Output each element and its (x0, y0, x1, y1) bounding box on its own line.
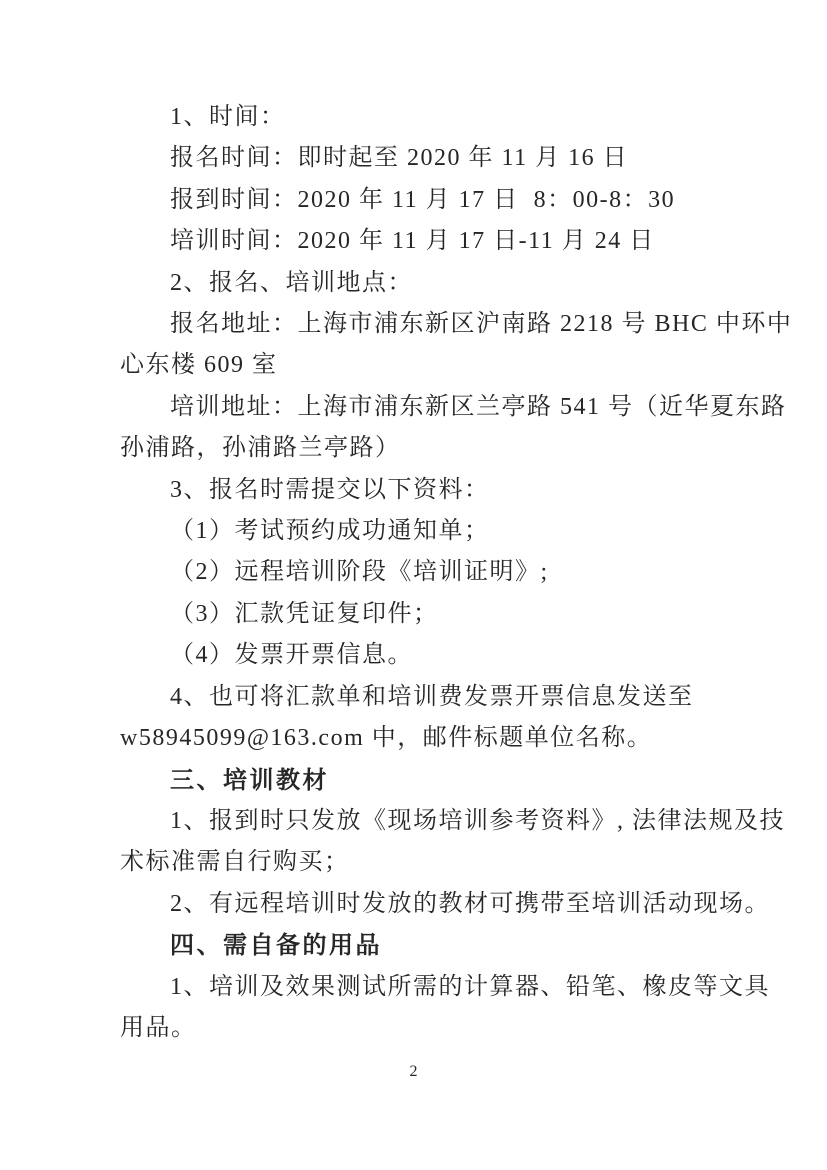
text-line: （2）远程培训阶段《培训证明》; (120, 552, 760, 593)
text-line: 心东楼 609 室 (120, 345, 760, 386)
text-line: 1、时间： (120, 97, 760, 138)
text-line: （4）发票开票信息。 (120, 635, 760, 676)
document-page: 1、时间：报名时间：即时起至 2020 年 11 月 16 日报到时间：2020… (0, 0, 827, 1170)
text-line: 报名地址：上海市浦东新区沪南路 2218 号 BHC 中环中 (120, 304, 760, 345)
text-line: 3、报名时需提交以下资料： (120, 470, 760, 511)
text-line: 报名时间：即时起至 2020 年 11 月 16 日 (120, 138, 760, 179)
text-line: w58945099@163.com 中，邮件标题单位名称。 (120, 718, 760, 759)
text-line: 培训时间：2020 年 11 月 17 日-11 月 24 日 (120, 221, 760, 262)
text-line: 孙浦路，孙浦路兰亭路） (120, 428, 760, 469)
page-number: 2 (0, 1063, 827, 1081)
text-line: 2、有远程培训时发放的教材可携带至培训活动现场。 (120, 884, 760, 925)
text-line: 报到时间：2020 年 11 月 17 日 8：00-8：30 (120, 180, 760, 221)
text-line: 2、报名、培训地点： (120, 263, 760, 304)
document-body: 1、时间：报名时间：即时起至 2020 年 11 月 16 日报到时间：2020… (120, 97, 760, 1049)
text-line: 用品。 (120, 1008, 760, 1049)
text-line: 术标准需自行购买； (120, 842, 760, 883)
text-line: 4、也可将汇款单和培训费发票开票信息发送至 (120, 677, 760, 718)
text-line: 1、报到时只发放《现场培训参考资料》, 法律法规及技 (120, 801, 760, 842)
text-line: 培训地址：上海市浦东新区兰亭路 541 号（近华夏东路 (120, 387, 760, 428)
text-line: （1）考试预约成功通知单； (120, 511, 760, 552)
text-line: （3）汇款凭证复印件； (120, 594, 760, 635)
section-heading: 四、需自备的用品 (120, 925, 760, 966)
text-line: 1、培训及效果测试所需的计算器、铅笔、橡皮等文具 (120, 967, 760, 1008)
section-heading: 三、培训教材 (120, 760, 760, 801)
